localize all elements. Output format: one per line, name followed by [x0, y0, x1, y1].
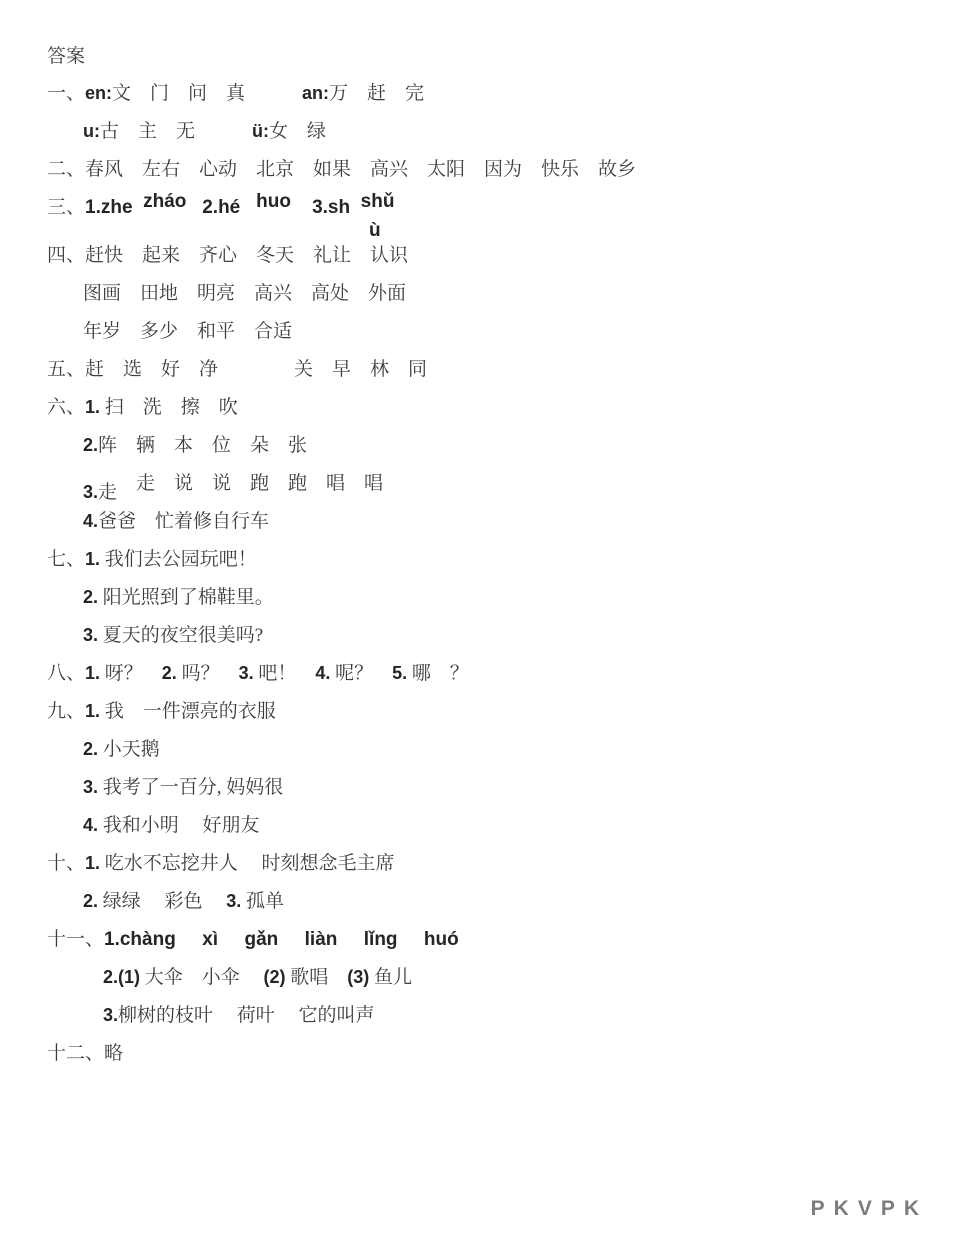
- text-line: 五、赶 选 好 净 关 早 林 同: [47, 357, 938, 382]
- text-segment: 1.chàng: [104, 929, 176, 950]
- text-line: 十一、1.chàng xì gǎn liàn lǐng huó: [47, 927, 938, 952]
- text-line: 图画 田地 明亮 高兴 高处 外面: [83, 281, 938, 306]
- text-segment: 柳树的枝叶 荷叶 它的叫声: [118, 1005, 375, 1026]
- text-segment: 一、: [47, 83, 85, 104]
- text-segment: 1.: [85, 701, 100, 721]
- text-segment: 3.: [103, 1005, 118, 1025]
- text-segment: 呀？: [100, 663, 162, 684]
- text-segment: zháo: [143, 191, 186, 212]
- text-segment: 鱼儿: [369, 967, 412, 988]
- text-segment: 我们去公园玩吧！: [100, 549, 257, 570]
- text-segment: 吗？: [177, 663, 239, 684]
- text-segment: 3.: [83, 625, 98, 645]
- text-segment: 万 赶 完: [329, 83, 424, 104]
- text-segment: 阳光照到了棉鞋里。: [98, 587, 274, 608]
- text-segment: ù: [369, 220, 381, 241]
- text-line: 三、1.zhe zháo 2.hé huo 3.sh shǔ: [47, 195, 938, 220]
- text-segment: 2.: [103, 967, 118, 987]
- text-segment: 1.: [85, 663, 100, 683]
- text-line: 3.柳树的枝叶 荷叶 它的叫声: [103, 1003, 938, 1028]
- text-segment: [240, 197, 256, 218]
- text-segment: 走 说 说 跑 跑 唱 唱: [136, 473, 383, 494]
- text-segment: 我 一件漂亮的衣服: [100, 701, 276, 722]
- text-segment: 2.hé: [202, 197, 240, 218]
- text-segment: 女 绿: [269, 121, 326, 142]
- text-segment: u:: [83, 121, 100, 141]
- text-segment: 七、: [47, 549, 85, 570]
- text-segment: shǔ: [361, 191, 395, 212]
- text-segment: 1.zhe: [85, 197, 133, 218]
- text-segment: 小天鹅: [98, 739, 160, 760]
- text-segment: 夏天的夜空很美吗?: [98, 625, 263, 646]
- text-segment: 扫 洗 擦 吹: [100, 397, 238, 418]
- text-segment: [291, 197, 312, 218]
- text-segment: ü:: [252, 121, 269, 141]
- text-segment: 2.: [162, 663, 177, 683]
- text-segment: 2.: [83, 587, 98, 607]
- text-segment: [350, 197, 361, 218]
- text-segment: 文 门 问 真: [112, 83, 245, 104]
- text-segment: 3.: [83, 482, 98, 502]
- text-line: 3. 夏天的夜空很美吗?: [83, 623, 938, 648]
- watermark: PKVPK: [811, 1197, 928, 1221]
- text-segment: 关 早 林 同: [294, 359, 427, 380]
- text-line: 八、1. 呀？ 2. 吗？ 3. 吧！ 4. 呢？ 5. 哪 ？: [47, 661, 938, 686]
- text-segment: 图画 田地 明亮 高兴 高处 外面: [83, 283, 406, 304]
- text-line: 3.走 走 说 说 跑 跑 唱 唱: [83, 471, 938, 496]
- text-segment: 略: [104, 1043, 123, 1064]
- text-line: 2. 阳光照到了棉鞋里。: [83, 585, 938, 610]
- text-segment: 九、: [47, 701, 85, 722]
- text-segment: 赶 选 好 净: [85, 359, 218, 380]
- text-segment: [195, 121, 252, 142]
- text-segment: 呢？: [330, 663, 392, 684]
- text-segment: 爸爸 忙着修自行车: [98, 511, 269, 532]
- text-line: 2.(1) 大伞 小伞 (2) 歌唱 (3) 鱼儿: [103, 965, 938, 990]
- text-segment: 2.: [83, 739, 98, 759]
- text-segment: 吃水不忘挖井人 时刻想念毛主席: [100, 853, 395, 874]
- text-segment: 八、: [47, 663, 85, 684]
- text-line: 4.爸爸 忙着修自行车: [83, 509, 938, 534]
- text-segment: 年岁 多少 和平 合适: [83, 321, 292, 342]
- text-line: 4. 我和小明 好朋友: [83, 813, 938, 838]
- text-segment: 哪 ？: [407, 663, 469, 684]
- text-segment: 5.: [392, 663, 407, 683]
- text-segment: huo: [256, 191, 291, 212]
- text-line: 2. 小天鹅: [83, 737, 938, 762]
- text-segment: 四、: [47, 245, 85, 266]
- text-segment: 2.: [83, 435, 98, 455]
- text-segment: 4.: [83, 511, 98, 531]
- text-segment: 我考了一百分, 妈妈很: [98, 777, 283, 798]
- text-segment: 吧！: [254, 663, 316, 684]
- text-segment: [186, 197, 202, 218]
- text-segment: (1): [118, 967, 140, 987]
- text-segment: 十一、: [47, 929, 104, 950]
- text-line: 年岁 多少 和平 合适: [83, 319, 938, 344]
- text-segment: 赶快 起来 齐心 冬天 礼让 认识: [85, 245, 408, 266]
- text-segment: 2.: [83, 891, 98, 911]
- text-line: 十、1. 吃水不忘挖井人 时刻想念毛主席: [47, 851, 938, 876]
- text-line: 四、赶快 起来 齐心 冬天 礼让 认识: [47, 243, 938, 268]
- page-title: 答案: [47, 44, 938, 69]
- text-segment: 3.sh: [312, 197, 350, 218]
- text-segment: 古 主 无: [100, 121, 195, 142]
- text-segment: [117, 473, 136, 494]
- text-segment: 春风 左右 心动 北京 如果 高兴 太阳 因为 快乐 故乡: [85, 159, 636, 180]
- text-line: 2.阵 辆 本 位 朵 张: [83, 433, 938, 458]
- text-segment: 3.: [83, 777, 98, 797]
- text-segment: 3.: [239, 663, 254, 683]
- text-line: 七、1. 我们去公园玩吧！: [47, 547, 938, 572]
- text-segment: an:: [302, 83, 329, 103]
- text-segment: 五、: [47, 359, 85, 380]
- text-segment: xì gǎn liàn lǐng huó: [176, 929, 459, 950]
- text-segment: [133, 197, 144, 218]
- text-line: 2. 绿绿 彩色 3. 孤单: [83, 889, 938, 914]
- text-segment: 二、: [47, 159, 85, 180]
- text-segment: 十、: [47, 853, 85, 874]
- text-line: ù: [369, 221, 938, 241]
- answer-sheet: 答案 一、en:文 门 问 真 an:万 赶 完u:古 主 无 ü:女 绿二、春…: [47, 44, 938, 1079]
- text-segment: (3): [347, 967, 369, 987]
- text-segment: [218, 359, 294, 380]
- text-line: 九、1. 我 一件漂亮的衣服: [47, 699, 938, 724]
- document-lines: 一、en:文 门 问 真 an:万 赶 完u:古 主 无 ü:女 绿二、春风 左…: [47, 81, 938, 1066]
- text-line: 六、1. 扫 洗 擦 吹: [47, 395, 938, 420]
- text-segment: 走: [98, 482, 117, 503]
- text-line: 3. 我考了一百分, 妈妈很: [83, 775, 938, 800]
- text-segment: 我和小明 好朋友: [98, 815, 260, 836]
- text-segment: 三、: [47, 197, 85, 218]
- text-segment: 1.: [85, 853, 100, 873]
- text-segment: 1.: [85, 397, 100, 417]
- text-segment: 六、: [47, 397, 85, 418]
- text-segment: 孤单: [241, 891, 284, 912]
- text-segment: 大伞 小伞: [140, 967, 264, 988]
- text-segment: 绿绿 彩色: [98, 891, 226, 912]
- text-segment: 1.: [85, 549, 100, 569]
- text-segment: en:: [85, 83, 112, 103]
- text-line: 十二、略: [47, 1041, 938, 1066]
- text-line: 二、春风 左右 心动 北京 如果 高兴 太阳 因为 快乐 故乡: [47, 157, 938, 182]
- text-segment: 4.: [83, 815, 98, 835]
- text-segment: 歌唱: [286, 967, 348, 988]
- text-line: 一、en:文 门 问 真 an:万 赶 完: [47, 81, 938, 106]
- text-segment: (2): [264, 967, 286, 987]
- text-segment: [245, 83, 302, 104]
- text-segment: 十二、: [47, 1043, 104, 1064]
- text-line: u:古 主 无 ü:女 绿: [83, 119, 938, 144]
- text-segment: 4.: [315, 663, 330, 683]
- text-segment: 阵 辆 本 位 朵 张: [98, 435, 307, 456]
- text-segment: 3.: [226, 891, 241, 911]
